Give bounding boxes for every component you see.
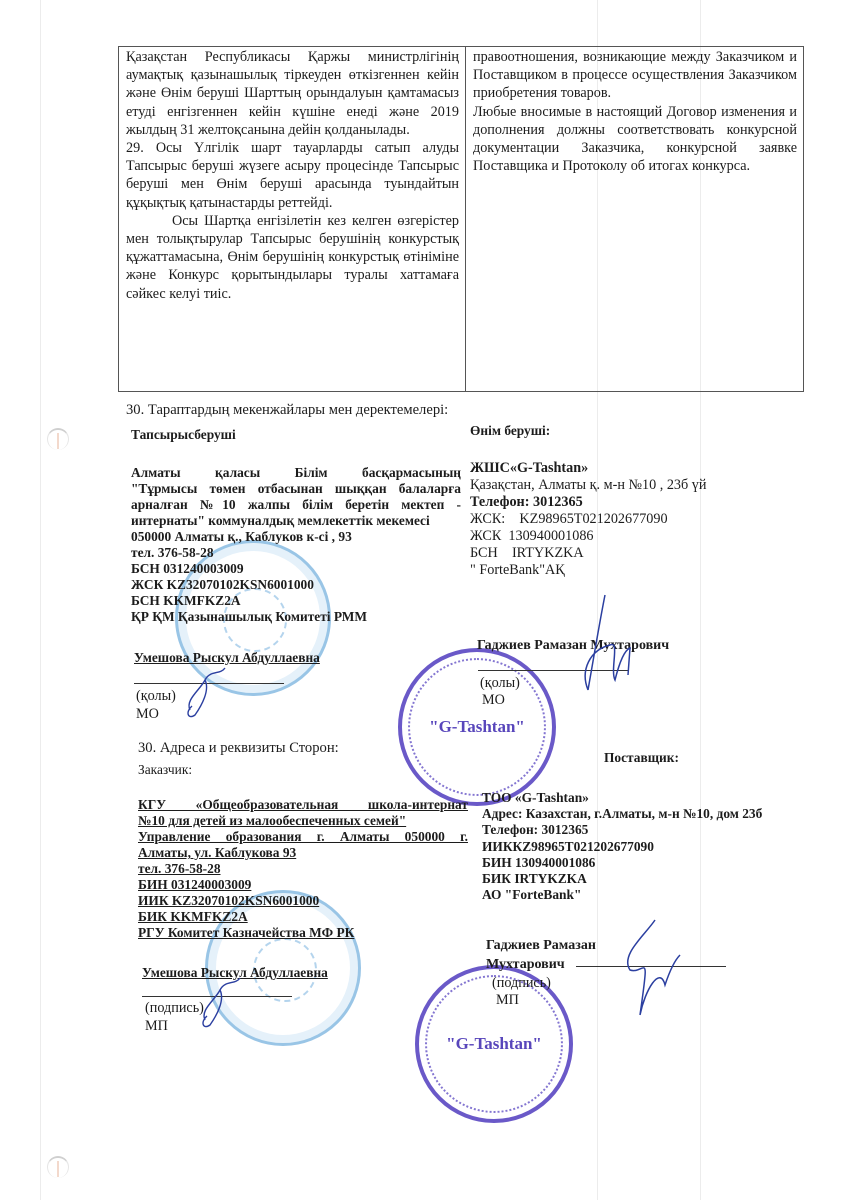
kz-customer-iik: ЖСК KZ32070102KSN6001000 — [131, 577, 461, 593]
russian-column: правоотношения, возникающие между Заказч… — [466, 47, 803, 391]
ru-supplier-bik: БИК IRTYKZKA — [482, 871, 762, 887]
kz-supplier-phone: Телефон: 3012365 — [470, 494, 706, 511]
kz-supplier-bik: БСН IRTYKZKA — [470, 545, 706, 562]
ru-supplier-bank: АО "ForteBank" — [482, 887, 762, 903]
kz-customer-label: Тапсырысберуші — [131, 427, 236, 443]
kz-customer-details: Алматы қаласы Білім басқармасының "Тұрмы… — [131, 465, 461, 625]
kz-customer-bik: БСН KKMFKZ2A — [131, 593, 461, 609]
ru-supplier-details: ТОО «G-Tashtan» Адрес: Казахстан, г.Алма… — [482, 790, 762, 903]
clause-29-end-ru: правоотношения, возникающие между Заказч… — [473, 48, 797, 103]
ru-customer-line: Управление образования г. Алматы 050000 … — [138, 829, 468, 845]
kz-section-heading: 30. Тараптардың мекенжайлары мен деректе… — [126, 402, 448, 419]
clause-changes-kz: Осы Шартқа енгізілетін кез келген өзгері… — [126, 212, 459, 303]
stamp-text: "G-Tashtan" — [429, 717, 525, 737]
kz-supplier-bank: " ForteBank"АҚ — [470, 562, 706, 579]
kz-customer-line: интернаты" коммуналдық мемлекеттік мекем… — [131, 513, 461, 529]
kz-customer-line: 050000 Алматы қ., Каблуков к-сі , 93 — [131, 529, 461, 545]
kz-customer-seal-caption: МО — [136, 706, 159, 723]
ru-customer-iik: ИИК KZ32070102KSN6001000 — [138, 893, 468, 909]
ru-customer-label: Заказчик: — [138, 762, 192, 778]
ru-customer-line: Алматы, ул. Каблукова 93 — [138, 845, 468, 861]
supplier-stamp-kz: "G-Tashtan" — [398, 648, 556, 806]
kz-supplier-company: ЖШС«G-Tashtan» — [470, 460, 706, 477]
kz-customer-line: арналған №10 жалпы білім беретін мектеп … — [131, 497, 461, 513]
clause-changes-ru: Любые вносимые в настоящий Договор измен… — [473, 103, 797, 176]
kz-customer-line: "Тұрмысы төмен отбасынан шыққан балаларғ… — [131, 481, 461, 497]
kz-supplier-details: ЖШС«G-Tashtan» Қазақстан, Алматы қ. м-н … — [470, 460, 706, 579]
stamp-text: "G-Tashtan" — [446, 1034, 542, 1054]
supplier-signature-kz — [560, 590, 640, 700]
ru-supplier-seal-caption: МП — [496, 992, 519, 1009]
kz-customer-line: Алматы қаласы Білім басқармасының — [131, 465, 461, 481]
kz-customer-sign-caption: (қолы) — [136, 688, 176, 705]
kz-supplier-iik: ЖСК: KZ98965T021202677090 — [470, 511, 706, 528]
clause-29-kz: 29. Осы Үлгілік шарт тауарларды сатып ал… — [126, 139, 459, 212]
ru-supplier-phone: Телефон: 3012365 — [482, 822, 762, 838]
ru-supplier-bin: БИН 130940001086 — [482, 855, 762, 871]
kz-supplier-sign-caption: (қолы) — [480, 675, 520, 692]
supplier-signature-ru — [610, 915, 690, 1025]
ru-customer-line: КГУ «Общеобразовательная школа-интернат — [138, 797, 468, 813]
customer-signature-kz — [180, 660, 240, 720]
ru-customer-phone: тел. 376-58-28 — [138, 861, 468, 877]
ru-customer-line: №10 для детей из малообеспеченных семей" — [138, 813, 468, 829]
ru-supplier-address: Адрес: Казахстан, г.Алматы, м-н №10, дом… — [482, 806, 762, 822]
kz-supplier-address: Қазақстан, Алматы қ. м-н №10 , 23б үй — [470, 477, 706, 494]
punch-hole-icon — [47, 1156, 69, 1178]
punch-hole-icon — [47, 428, 69, 450]
ru-supplier-signer-line2: Мухтарович — [486, 957, 565, 973]
kz-supplier-bin: ЖСК 130940001086 — [470, 528, 706, 545]
ru-supplier-iik: ИИККZ98965T021202677090 — [482, 839, 762, 855]
ru-customer-bik: БИК KKMFKZ2A — [138, 909, 468, 925]
scan-line — [40, 0, 41, 1200]
ru-customer-sign-caption: (подпись) — [145, 1000, 204, 1017]
ru-supplier-company: ТОО «G-Tashtan» — [482, 790, 762, 806]
kz-supplier-seal-caption: МО — [482, 692, 505, 709]
ru-supplier-sign-caption: (подпись) — [492, 975, 551, 992]
ru-customer-details: КГУ «Общеобразовательная школа-интернат … — [138, 797, 468, 941]
ru-customer-treasury: РГУ Комитет Казначейства МФ РК — [138, 925, 468, 941]
ru-customer-bin: БИН 031240003009 — [138, 877, 468, 893]
clause-28-end-kz: Қазақстан Республикасы Қаржы министрлігі… — [126, 48, 459, 139]
ru-customer-seal-caption: МП — [145, 1018, 168, 1035]
customer-signature-ru — [195, 970, 255, 1030]
kz-customer-treasury: ҚР ҚМ Қазынашылық Комитеті РММ — [131, 609, 461, 625]
ru-section-heading: 30. Адреса и реквизиты Сторон: — [138, 740, 339, 757]
ru-supplier-signer-line1: Гаджиев Рамазан — [486, 938, 596, 954]
kz-customer-phone: тел. 376-58-28 — [131, 545, 461, 561]
kazakh-column: Қазақстан Республикасы Қаржы министрлігі… — [119, 47, 466, 391]
ru-supplier-label: Поставщик: — [604, 750, 679, 766]
kz-supplier-label: Өнім беруші: — [470, 423, 550, 439]
contract-clauses-table: Қазақстан Республикасы Қаржы министрлігі… — [118, 46, 804, 392]
kz-customer-bin: БСН 031240003009 — [131, 561, 461, 577]
